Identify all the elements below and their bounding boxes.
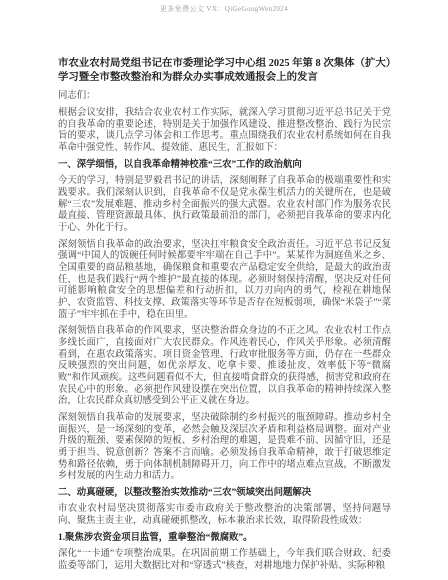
subsection-heading-1: 1.聚焦涉农资金项目监管，重拳整治“微腐败”。 xyxy=(58,533,391,545)
paragraph-intro: 根据会议安排，我结合农业农村工作实际，就深入学习贯彻习近平总书记关于党的自我革命… xyxy=(58,108,391,155)
salutation: 同志们： xyxy=(58,91,391,103)
paragraph-workstyle-requirement: 深刻领悟自我革命的作风要求，坚决整治群众身边的不正之风。农业农村工作点多线长面广… xyxy=(58,326,391,408)
section-heading-1: 一、深学细悟，以自我革命精神校准“三农”工作的政治航向 xyxy=(58,160,391,172)
paragraph-section2-overview: 市农业农村局坚决贯彻落实市委市政府关于整改整治的决策部署，坚持问题导向、聚焦主责… xyxy=(58,504,391,527)
paragraph-onecard-campaign: 深化“一卡通”专项整治成果。在巩固前期工作基础上，今年我们联合财政、纪委监委等部… xyxy=(58,549,391,572)
section-heading-2: 二、动真碰硬，以整改整治实效推动“三农”领域突出问题解决 xyxy=(58,488,391,500)
paragraph-political-requirement: 深刻领悟自我革命的政治要求，坚决扛牢粮食安全政治责任。习近平总书记反复强调“中国… xyxy=(58,240,391,322)
paragraph-development-requirement: 深刻领悟自我革命的发展要求，坚决破除制约乡村振兴的瓶颈障碍。推动乡村全面振兴，是… xyxy=(58,413,391,483)
document-title: 市农业农村局党组书记在市委理论学习中心组 2025 年第 8 次集体（扩大）学习… xyxy=(58,57,391,84)
document-page: 市农业农村局党组书记在市委理论学习中心组 2025 年第 8 次集体（扩大）学习… xyxy=(58,57,391,578)
free-document-watermark: 更多免费公文 VX：QiGeGongWen2024 xyxy=(0,4,448,14)
paragraph-section1-overview: 今天的学习，特别是罗毅君书记的讲话，深刻阐释了自我革命的极端重要性和实践要求。我… xyxy=(58,176,391,234)
